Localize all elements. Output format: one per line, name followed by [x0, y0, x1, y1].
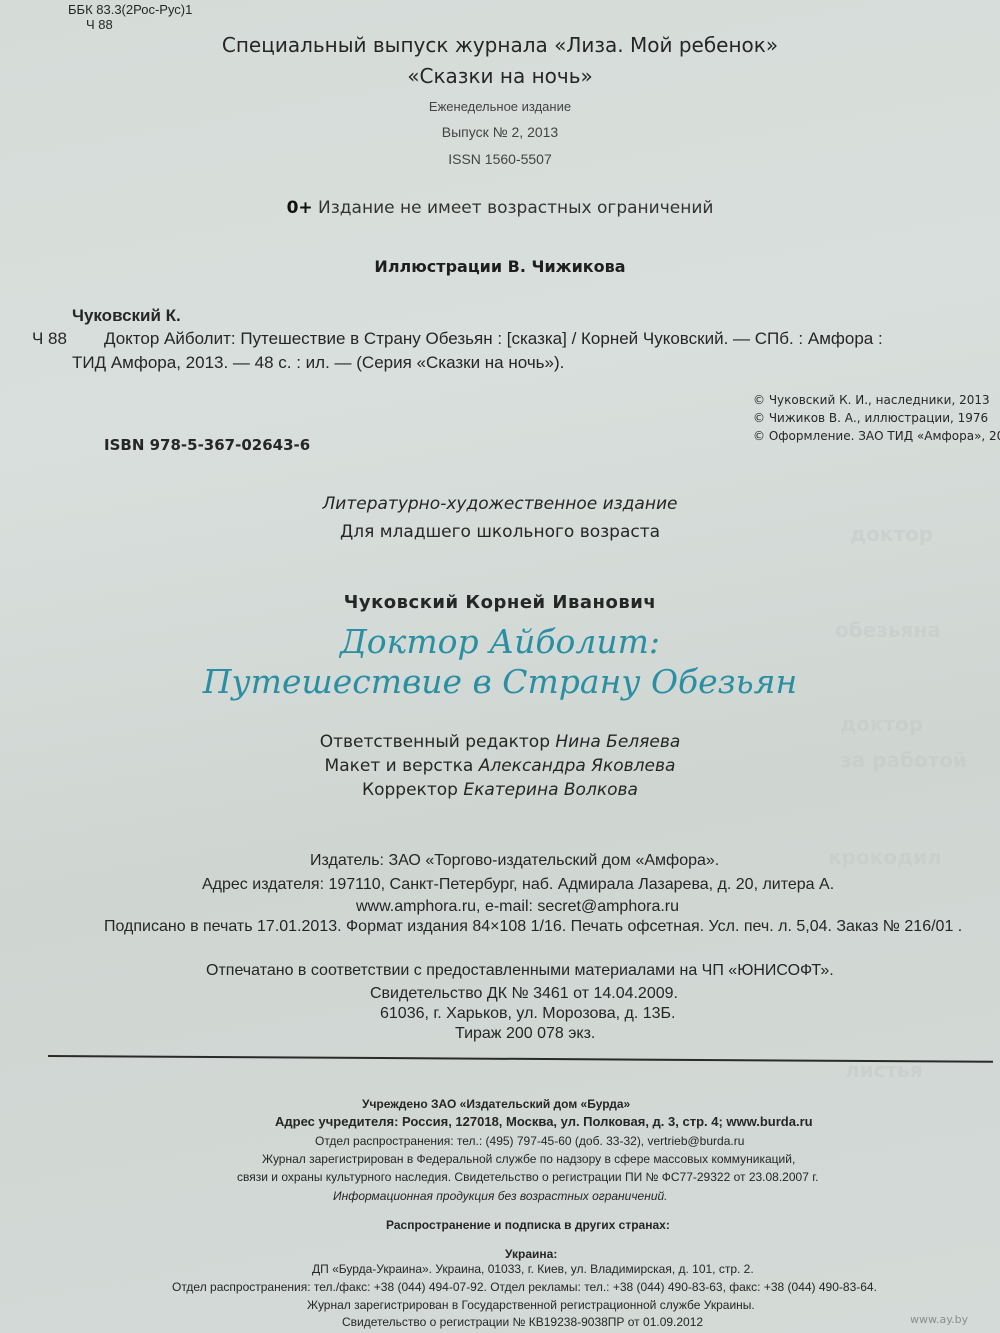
age-group: Для младшего школьного возраста — [0, 522, 1000, 542]
distribution-heading: Распространение и подписка в других стра… — [386, 1218, 670, 1232]
age-badge: 0+ — [287, 198, 313, 218]
printer-line: 61036, г. Харьков, ул. Морозова, д. 13Б. — [380, 1005, 675, 1023]
publisher-address: Адрес издателя: 197110, Санкт-Петербург,… — [202, 876, 834, 894]
catalog-line-2: ТИД Амфора, 2013. — 48 с. : ил. — (Серия… — [72, 353, 564, 373]
founder-line-4: Журнал зарегистрирован в Федеральной слу… — [262, 1152, 795, 1166]
author-full-name: Чуковский Корней Иванович — [0, 592, 1000, 613]
distribution-line-2: Отдел распространения: тел./факс: +38 (0… — [172, 1280, 877, 1294]
founder-line-5: связи и охраны культурного наследия. Сви… — [237, 1170, 818, 1184]
credit-layout: Макет и верстка Александра Яковлева — [0, 754, 1000, 778]
series-title: «Сказки на ночь» — [0, 64, 1000, 88]
catalog-index: Ч 88 — [32, 329, 67, 349]
credits-block: Ответственный редактор Нина Беляева Маке… — [0, 730, 1000, 802]
book-title-line-2: Путешествие в Страну Обезьян — [0, 662, 1000, 701]
issue-number: Выпуск № 2, 2013 — [0, 124, 1000, 140]
catalog-author: Чуковский К. — [72, 306, 181, 326]
copyright-line: © Чуковский К. И., наследники, 2013 — [753, 391, 1000, 409]
copyright-line: © Оформление. ЗАО ТИД «Амфора», 2013 — [753, 427, 1000, 445]
publisher-name: Издатель: ЗАО «Торгово-издательский дом … — [310, 852, 719, 870]
magazine-title: Специальный выпуск журнала «Лиза. Мой ре… — [0, 33, 1000, 57]
copyright-line: © Чижиков В. А., иллюстрации, 1976 — [753, 409, 1000, 427]
copyright-block: © Чуковский К. И., наследники, 2013 © Чи… — [753, 391, 1000, 445]
distribution-line-3: Журнал зарегистрирован в Государственной… — [307, 1298, 755, 1312]
book-title-line-1: Доктор Айболит: — [0, 622, 1000, 661]
bbk-code: ББК 83.3(2Рос-Рус)1 — [68, 2, 192, 17]
print-run: Тираж 200 078 экз. — [455, 1025, 595, 1043]
isbn: ISBN 978-5-367-02643-6 — [104, 436, 310, 454]
distribution-line-1: ДП «Бурда-Украина». Украина, 01033, г. К… — [312, 1262, 754, 1276]
printer-line: Отпечатано в соответствии с предоставлен… — [206, 962, 834, 980]
credit-proofreader: Корректор Екатерина Волкова — [0, 778, 1000, 802]
printer-line: Свидетельство ДК № 3461 от 14.04.2009. — [370, 985, 678, 1003]
founder-line-3: Отдел распространения: тел.: (495) 797-4… — [315, 1134, 744, 1148]
age-rating: 0+ Издание не имеет возрастных ограничен… — [0, 198, 1000, 218]
watermark: www.ay.by — [910, 1313, 968, 1326]
distribution-line-4: Свидетельство о регистрации № КВ19238-90… — [342, 1315, 703, 1329]
founder-line-6: Информационная продукция без возрастных … — [333, 1189, 668, 1203]
publisher-web: www.amphora.ru, e-mail: secret@amphora.r… — [356, 898, 679, 916]
illustrations-credit: Иллюстрации В. Чижикова — [0, 257, 1000, 276]
distribution-country: Украина: — [505, 1247, 557, 1261]
founder-line-1: Учреждено ЗАО «Издательский дом «Бурда» — [362, 1097, 630, 1111]
show-through-text: крокодил — [828, 845, 942, 869]
age-rating-text: Издание не имеет возрастных ограничений — [318, 198, 713, 218]
founder-line-2: Адрес учредителя: Россия, 127018, Москва… — [275, 1114, 813, 1129]
frequency: Еженедельное издание — [0, 99, 1000, 114]
credit-editor: Ответственный редактор Нина Беляева — [0, 730, 1000, 754]
catalog-line-1: Доктор Айболит: Путешествие в Страну Обе… — [104, 329, 883, 349]
print-info: Подписано в печать 17.01.2013. Формат из… — [104, 918, 962, 936]
issn: ISSN 1560-5507 — [0, 151, 1000, 167]
genre-line: Литературно-художественное издание — [0, 494, 1000, 514]
bbk-index: Ч 88 — [86, 17, 113, 32]
